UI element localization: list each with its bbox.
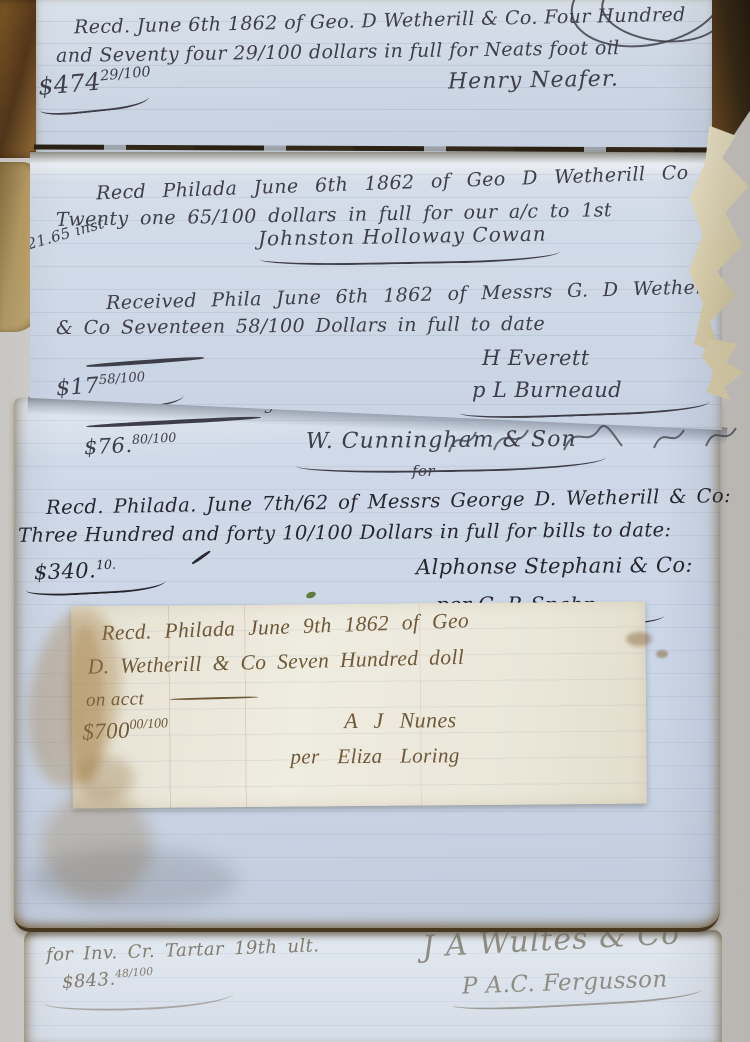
- page-middle: Recd Philada June 6th 1862 of Geo D Weth…: [30, 152, 722, 430]
- entry-4-amount-fraction: 80/100: [132, 430, 177, 447]
- entry-4-amount: $76.80/100: [83, 432, 177, 459]
- entry-5-tick: [191, 550, 210, 565]
- ledger-scan: for Inv. Cr. Tartar 19th ult. $843.48/10…: [0, 0, 750, 1042]
- entry-3-signature-1: H Everett: [482, 348, 590, 369]
- bottom-entry-line-1: for Inv. Cr. Tartar 19th ult.: [46, 937, 320, 965]
- receipt-amount-fraction: 00/100: [129, 715, 168, 732]
- receipt-line-3-dash: [170, 696, 258, 700]
- entry-1-line-2: and Seventy four 29/100 dollars in full …: [56, 39, 620, 66]
- entry-5-amount: $340.10.: [34, 559, 117, 584]
- page-main: 9 $76.80/100 W. Cunningham & Son for Rec…: [14, 398, 720, 932]
- receipt-line-1: Recd. Philada June 9th 1862 of Geo: [101, 610, 469, 644]
- entry-2-signature-flourish: [260, 251, 560, 266]
- smudge-gray: [28, 848, 238, 912]
- entry-3-dash: [86, 356, 204, 368]
- entry-3-signature-2: p L Burneaud: [472, 380, 622, 401]
- receipt-stain-corner: [74, 756, 134, 801]
- pasted-receipt: Recd. Philada June 9th 1862 of Geo D. We…: [71, 601, 647, 808]
- entry-3-signature-flourish: [460, 402, 710, 421]
- entry-3-amount: $1758/100: [55, 371, 146, 401]
- entry-4-sub-note: for: [412, 464, 435, 479]
- bottom-entry-amount-fraction: 48/100: [115, 965, 154, 981]
- receipt-signature-1: A J Nunes: [344, 709, 457, 732]
- entry-3-amount-main: $17: [55, 373, 100, 401]
- stain-dot-right-2: [656, 650, 668, 658]
- entry-1-amount-fraction: 29/100: [100, 64, 152, 84]
- entry-4-amount-main: $76.: [83, 433, 133, 459]
- entry-5-amount-fraction: 10.: [96, 557, 117, 573]
- receipt-line-2: D. Wetherill & Co Seven Hundred doll: [87, 647, 464, 678]
- entry-2-signature: Johnston Holloway Cowan: [258, 223, 547, 248]
- entry-1-signature: Henry Neafer.: [448, 69, 619, 94]
- entry-4-signature-flourish: [296, 457, 606, 474]
- entry-3-amount-fraction: 58/100: [98, 370, 145, 388]
- receipt-line-3: on acct: [86, 689, 145, 710]
- entry-1-amount-flourish: [40, 96, 150, 117]
- receipt-signature-2: per Eliza Loring: [290, 745, 459, 767]
- receipt-amount: $70000/100: [82, 716, 169, 743]
- entry-5-line-1: Recd. Philada. June 7th/62 of Messrs Geo…: [46, 486, 731, 517]
- book-binding-right: [712, 0, 750, 142]
- entry-2-line-1: Recd Philada June 6th 1862 of Geo D Weth…: [96, 164, 689, 204]
- receipt-amount-main: $700: [82, 718, 131, 745]
- entry-1-amount: $47429/100: [37, 65, 152, 99]
- green-speck: [305, 590, 316, 599]
- entry-3-line-2: & Co Seventeen 58/100 Dollars in full to…: [56, 315, 545, 338]
- entry-5-signature-1: Alphonse Stephani & Co:: [416, 555, 693, 578]
- entry-3-line-1: Received Phila June 6th 1862 of Messrs G…: [106, 278, 725, 313]
- page-fold-shadow: [30, 151, 722, 164]
- entry-5-line-2: Three Hundred and forty 10/100 Dollars i…: [18, 520, 672, 545]
- page-top: Recd. June 6th 1862 of Geo. D Wetherill …: [36, 0, 718, 152]
- entry-5-amount-main: $340.: [34, 558, 97, 584]
- page-bottom: for Inv. Cr. Tartar 19th ult. $843.48/10…: [24, 930, 722, 1042]
- entry-1-amount-main: $474: [37, 68, 102, 101]
